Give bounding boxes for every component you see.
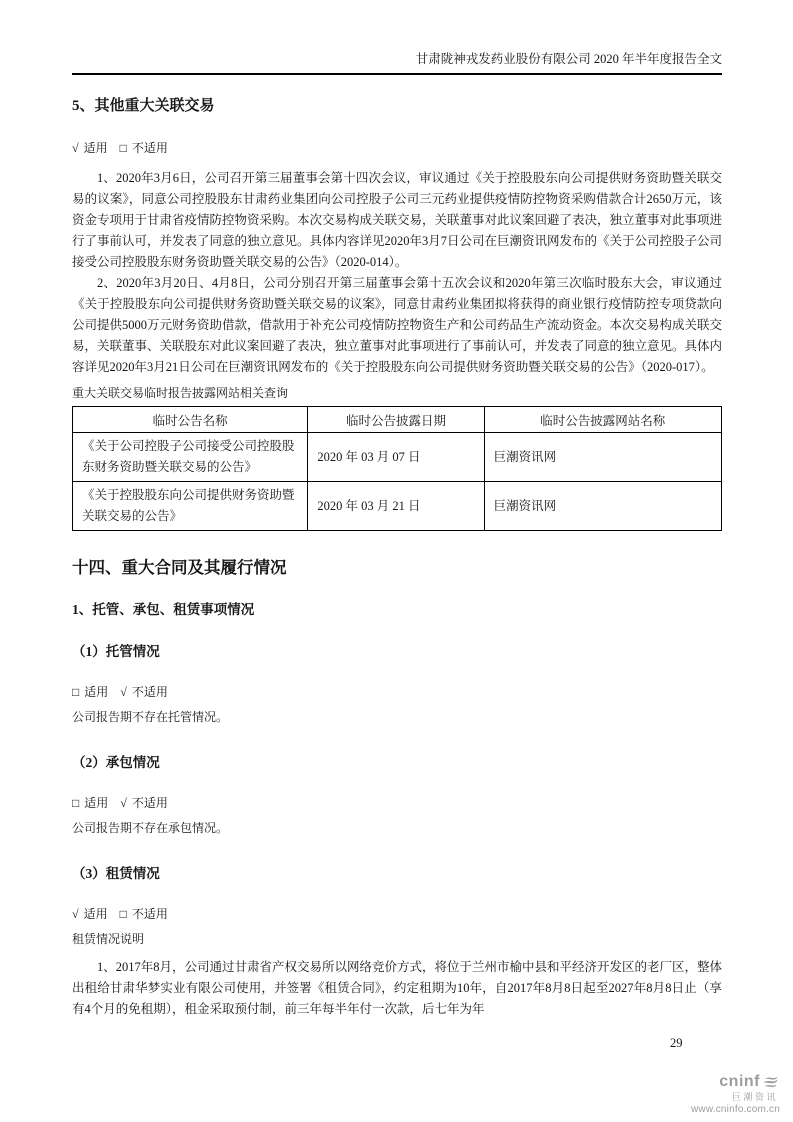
applicable-label: 适用: [84, 685, 108, 699]
applicability-line-custody: □适用√不适用: [72, 685, 722, 700]
checked-mark-icon: √: [120, 685, 127, 700]
cell-announcement-name: 《关于公司控股子公司接受公司控股股东财务资助暨关联交易的公告》: [73, 433, 308, 482]
not-applicable-label: 不适用: [132, 685, 168, 699]
section-heading-major-contracts: 十四、重大合同及其履行情况: [72, 558, 722, 578]
applicable-label: 适用: [84, 907, 108, 921]
section-heading-other-related-transactions: 5、其他重大关联交易: [72, 97, 722, 116]
cell-disclosure-site: 巨潮资讯网: [484, 482, 721, 531]
unchecked-box-icon: □: [72, 796, 79, 811]
cell-disclosure-date: 2020 年 03 月 07 日: [308, 433, 484, 482]
not-applicable-label: 不适用: [132, 796, 168, 810]
column-header-disclosure-date: 临时公告披露日期: [308, 407, 484, 433]
item-heading-contracting: （2）承包情况: [72, 754, 722, 771]
cninfo-swirl-icon: [761, 1072, 780, 1091]
applicable-label: 适用: [84, 796, 108, 810]
cninfo-watermark: cninf 巨潮资讯 www.cninfo.com.cn: [691, 1072, 780, 1115]
cninfo-brand-chinese: 巨潮资讯: [691, 1093, 780, 1102]
checked-mark-icon: √: [72, 907, 79, 922]
leasing-note: 租赁情况说明: [72, 931, 722, 947]
not-applicable-label: 不适用: [132, 907, 168, 921]
document-header: 甘肃陇神戎发药业股份有限公司 2020 年半年度报告全文: [72, 0, 722, 75]
applicable-label: 适用: [84, 141, 108, 155]
applicability-line-contracting: □适用√不适用: [72, 796, 722, 811]
item-heading-leasing: （3）租赁情况: [72, 865, 722, 882]
cell-disclosure-site: 巨潮资讯网: [484, 433, 721, 482]
cninfo-brand-row: cninf: [691, 1072, 780, 1091]
related-transaction-paragraph-2: 2、2020年3月20日、4月8日，公司分别召开第三届董事会第十五次会议和202…: [72, 273, 722, 378]
checked-mark-icon: √: [120, 796, 127, 811]
disclosure-table: 临时公告名称 临时公告披露日期 临时公告披露网站名称 《关于公司控股子公司接受公…: [72, 406, 722, 531]
not-applicable-label: 不适用: [132, 141, 168, 155]
cninfo-brand-text: cninf: [719, 1074, 760, 1090]
table-row: 《关于公司控股子公司接受公司控股股东财务资助暨关联交易的公告》 2020 年 0…: [73, 433, 722, 482]
document-header-title: 甘肃陇神戎发药业股份有限公司 2020 年半年度报告全文: [416, 52, 722, 66]
unchecked-box-icon: □: [120, 907, 127, 922]
contracting-note: 公司报告期不存在承包情况。: [72, 820, 722, 836]
cninfo-brand-url: www.cninfo.com.cn: [691, 1105, 780, 1115]
cell-announcement-name: 《关于控股股东向公司提供财务资助暨关联交易的公告》: [73, 482, 308, 531]
column-header-disclosure-site: 临时公告披露网站名称: [484, 407, 721, 433]
custody-note: 公司报告期不存在托管情况。: [72, 709, 722, 725]
unchecked-box-icon: □: [120, 141, 127, 156]
applicability-line-related: √适用□不适用: [72, 141, 722, 156]
applicability-line-leasing: √适用□不适用: [72, 907, 722, 922]
table-row: 《关于控股股东向公司提供财务资助暨关联交易的公告》 2020 年 03 月 21…: [73, 482, 722, 531]
item-heading-custody: （1）托管情况: [72, 643, 722, 660]
report-page: 甘肃陇神戎发药业股份有限公司 2020 年半年度报告全文 5、其他重大关联交易 …: [0, 0, 793, 1122]
subsection-heading-custody-contracting-leasing: 1、托管、承包、租赁事项情况: [72, 601, 722, 618]
disclosure-table-caption: 重大关联交易临时报告披露网站相关查询: [72, 385, 722, 401]
related-transaction-paragraph-1: 1、2020年3月6日，公司召开第三届董事会第十四次会议，审议通过《关于控股股东…: [72, 168, 722, 273]
leasing-paragraph: 1、2017年8月，公司通过甘肃省产权交易所以网络竞价方式，将位于兰州市榆中县和…: [72, 957, 722, 1020]
checked-mark-icon: √: [72, 141, 79, 156]
column-header-announcement-name: 临时公告名称: [73, 407, 308, 433]
table-header-row: 临时公告名称 临时公告披露日期 临时公告披露网站名称: [73, 407, 722, 433]
page-content: 甘肃陇神戎发药业股份有限公司 2020 年半年度报告全文 5、其他重大关联交易 …: [72, 0, 722, 1020]
page-number: 29: [670, 1036, 683, 1051]
unchecked-box-icon: □: [72, 685, 79, 700]
cell-disclosure-date: 2020 年 03 月 21 日: [308, 482, 484, 531]
